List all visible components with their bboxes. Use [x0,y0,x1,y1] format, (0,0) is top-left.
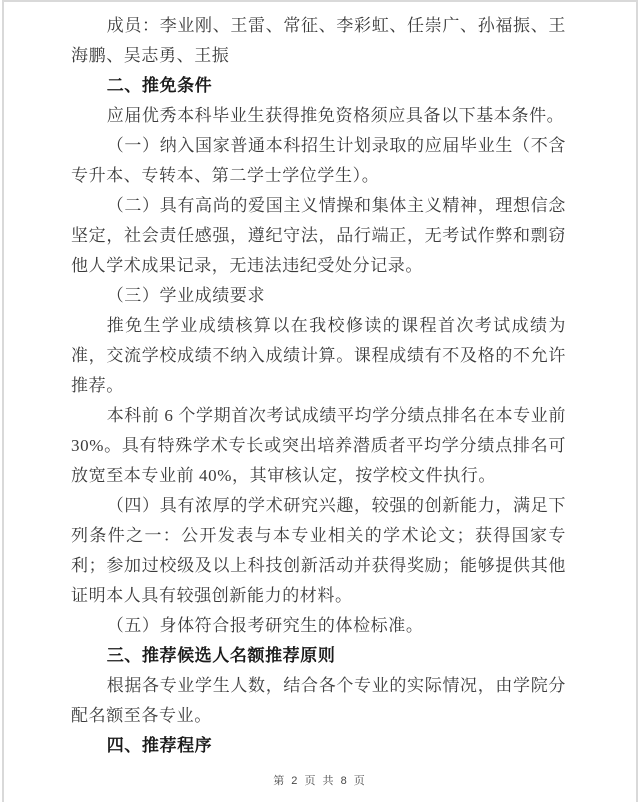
section-heading-2: 二、推免条件 [71,71,566,101]
body-paragraph: 根据各专业学生人数，结合各个专业的实际情况，由学院分配名额至各专业。 [71,671,566,731]
body-paragraph: 推免生学业成绩核算以在我校修读的课程首次考试成绩为准，交流学校成绩不纳入成绩计算… [71,311,566,401]
body-paragraph: 应届优秀本科毕业生获得推免资格须应具备以下基本条件。 [71,101,566,131]
section-heading-4: 四、推荐程序 [71,731,566,761]
members-continuation-paragraph: 成员：李业刚、王雷、常征、李彩虹、任崇广、孙福振、王海鹏、吴志勇、王振 [71,11,566,71]
condition-item-5: （五）身体符合报考研究生的体检标准。 [71,611,566,641]
section-heading-3: 三、推荐候选人名额推荐原则 [71,641,566,671]
body-paragraph: 本科前 6 个学期首次考试成绩平均学分绩点排名在本专业前 30%。具有特殊学术专… [71,401,566,491]
page-footer: 第 2 页 共 8 页 [4,774,636,788]
condition-item-4: （四）具有浓厚的学术研究兴趣，较强的创新能力，满足下列条件之一：公开发表与本专业… [71,491,566,611]
page-number-label: 第 2 页 共 8 页 [273,775,367,787]
condition-item-3: （三）学业成绩要求 [71,281,566,311]
condition-item-1: （一）纳入国家普通本科招生计划录取的应届毕业生（不含专升本、专转本、第二学士学位… [71,131,566,191]
document-page: 成员：李业刚、王雷、常征、李彩虹、任崇广、孙福振、王海鹏、吴志勇、王振 二、推免… [2,0,638,802]
document-body: 成员：李业刚、王雷、常征、李彩虹、任崇广、孙福振、王海鹏、吴志勇、王振 二、推免… [4,2,636,761]
condition-item-2: （二）具有高尚的爱国主义情操和集体主义精神，理想信念坚定，社会责任感强，遵纪守法… [71,191,566,281]
